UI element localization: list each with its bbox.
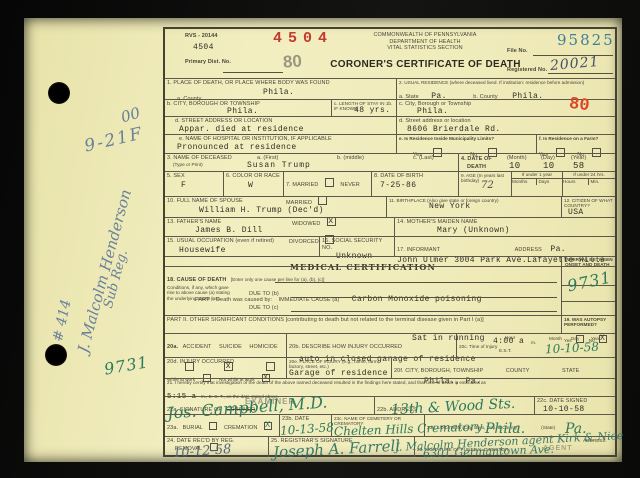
field-date-received: 24. DATE REC'D BY REG. 10-12-58 <box>165 437 269 457</box>
interval-column <box>562 301 615 315</box>
form-row: 13. FATHER'S NAME James B. Dill 14. MOTH… <box>165 217 615 236</box>
field-municipality-limits: e. Is Residence Inside Municipality Limi… <box>397 135 537 153</box>
form-row: 1. PLACE OF DEATH, OR PLACE WHERE BODY W… <box>165 78 615 99</box>
form-row: 3. NAME OF DECEASED (Type or Print) a. (… <box>165 153 615 171</box>
death-certificate-card: 00 9-21F J. Malcolm Henderson Sub Reg. #… <box>24 18 622 462</box>
race-label: 6. COLOR OR RACE <box>226 173 281 180</box>
street-label: d. STREET ADDRESS OR LOCATION <box>175 118 394 125</box>
field-street-address: d. STREET ADDRESS OR LOCATION Appar. die… <box>165 117 397 134</box>
days-label: Days <box>537 179 563 184</box>
due-to-b-label: DUE TO (b) <box>249 291 279 298</box>
birth-date-value: 7-25-86 <box>380 182 456 191</box>
cause-line-a <box>275 282 557 283</box>
certificate-form: RVS - 20144 4504 4504 80 Primary Dist. N… <box>163 27 617 457</box>
form-header: RVS - 20144 4504 4504 80 Primary Dist. N… <box>165 29 615 78</box>
stamp-80-red: 80 <box>568 95 591 116</box>
last-label: c. (Last) <box>413 155 434 162</box>
part2-label: PART II. OTHER SIGNIFICANT CONDITIONS [c… <box>167 317 557 324</box>
ssn-label: 16. SOCIAL SECURITY NO. <box>322 238 392 251</box>
due-to-b-line <box>291 297 557 298</box>
injury-city-label: 20f. CITY, BOROUGH, TOWNSHIP <box>394 368 483 374</box>
cremation-mark: X <box>265 420 270 430</box>
form-row: 20a. ACCIDENT SUICIDE HOMICIDE x 20b. DE… <box>165 333 615 357</box>
time-value: 4:00 a <box>493 338 524 347</box>
field-injury-city: 20f. CITY, BOROUGH, TOWNSHIP COUNTY STAT… <box>392 358 615 378</box>
certificate-title: CORONER'S CERTIFICATE OF DEATH <box>323 59 528 70</box>
deceased-name-value: Susan Trump <box>247 162 311 171</box>
accident-label: ACCIDENT <box>183 344 212 350</box>
under24-label: If under 24 hrs. <box>563 172 615 177</box>
spouse-label: 10. FULL NAME OF SPOUSE <box>167 198 384 205</box>
death-date-title2: DEATH <box>467 164 486 171</box>
injury-date-value: 10-10-58 <box>545 340 600 357</box>
form-row: 20d. INJURY OCCURRED While at work Not w… <box>165 357 615 378</box>
conditions-note: Conditions, if any, which gave rise to a… <box>167 285 237 301</box>
field-sex: 5. SEX F <box>165 172 224 196</box>
field-funeral-director: 26. SIGNATURE OF FUNERAL DIRECTOR AGENT … <box>415 437 615 457</box>
field-date-signed: 22c. DATE SIGNED 10-10-58 <box>535 397 615 414</box>
res-street-label: d. Street address or location <box>399 118 613 125</box>
hours-label: Hours <box>563 179 589 184</box>
form-row: 22a. SIGNATURE OF CORONER EXAMINER Jos. … <box>165 396 615 414</box>
registered-no-value: 20021 <box>549 54 600 74</box>
father-label: 13. FATHER'S NAME <box>167 219 392 226</box>
field-certify-statement: 21. I hereby certify that investigation … <box>165 379 615 396</box>
occupation-label: 15. USUAL OCCUPATION (even if retired) <box>167 238 317 245</box>
form-row: 15. USUAL OCCUPATION (even if retired) H… <box>165 236 615 256</box>
field-due-to-b: Conditions, if any, which gave rise to a… <box>165 285 562 301</box>
margin-note-file-code: 9-21F <box>83 124 146 157</box>
field-city-borough: b. CITY, BOROUGH OR TOWNSHIP Phila. <box>165 100 332 116</box>
homicide-label: HOMICIDE <box>249 344 277 350</box>
field-date-of-death: 4. DATE OF DEATH (Month) (Day) (Year) 10… <box>459 154 615 171</box>
field-color-or-race: 6. COLOR OR RACE W <box>224 172 284 196</box>
form-row: DUE TO (c) <box>165 301 615 315</box>
hospital-label: e. NAME OF HOSPITAL OR INSTITUTION, IF A… <box>179 136 394 143</box>
kind-prefix: 20a. <box>167 344 178 350</box>
sex-label: 5. SEX <box>167 173 221 180</box>
district-number-red-stamp: 4504 <box>273 30 333 47</box>
informant-state: Pa. <box>550 245 566 254</box>
form-row: e. NAME OF HOSPITAL OR INSTITUTION, IF A… <box>165 134 615 153</box>
informant-address-label: ADDRESS <box>515 247 542 253</box>
informant-label: 17. INFORMANT <box>397 247 440 253</box>
field-how-injury-occurred: 20b. DESCRIBE HOW INJURY OCCURRED Sat in… <box>287 334 457 357</box>
age-value: 72 <box>481 180 494 191</box>
field-ssn: 16. SOCIAL SECURITY NO. Unknown <box>320 237 395 256</box>
field-place-of-death-county: 1. PLACE OF DEATH, OR PLACE WHERE BODY W… <box>165 79 397 99</box>
birthplace-value: New York <box>429 203 559 212</box>
field-occupation: 15. USUAL OCCUPATION (even if retired) H… <box>165 237 320 256</box>
time-m-label: m. <box>531 340 536 345</box>
field-farm: f. Is Residence on a Farm? Yes No <box>537 135 615 153</box>
form-row: d. STREET ADDRESS OR LOCATION Appar. die… <box>165 116 615 134</box>
stamp-80-gray: 80 <box>282 51 302 72</box>
how-injury-label: 20b. DESCRIBE HOW INJURY OCCURRED <box>289 344 402 350</box>
injury-occurred-label: 20d. INJURY OCCURRED <box>167 359 284 366</box>
occupation-value: Housewife <box>179 247 317 256</box>
cause-title: 18. CAUSE OF DEATH <box>167 277 226 283</box>
spouse-value: William H. Trump (Dec'd) <box>199 207 384 216</box>
field-name-of-deceased: 3. NAME OF DECEASED (Type or Print) a. (… <box>165 154 459 171</box>
date-received-value: 10-12-58 <box>173 442 232 461</box>
form-row: 21. I hereby certify that investigation … <box>165 378 615 396</box>
punch-hole-top <box>48 82 70 104</box>
field-res-city: c. City, Borough or Township Phila. 80 <box>397 100 615 116</box>
deceased-subtitle: (Type or Print) <box>173 162 456 167</box>
stay-value: 48 yrs. <box>354 107 390 116</box>
death-date-title1: 4. DATE OF <box>461 156 492 163</box>
field-due-to-c: DUE TO (c) <box>165 301 562 315</box>
field-date-of-birth: 8. DATE OF BIRTH 7-25-86 <box>372 172 459 196</box>
race-value: W <box>248 182 281 191</box>
margin-note-9731: 9731 <box>103 352 150 378</box>
hospital-value: Pronounced at residence <box>177 144 394 153</box>
field-informant: 17. INFORMANT ADDRESS Pa. John Ulmer 300… <box>395 237 615 256</box>
mother-label: 14. MOTHER'S MAIDEN NAME <box>397 219 613 226</box>
birth-date-label: 8. DATE OF BIRTH <box>374 173 456 180</box>
serial-number: 95825 <box>557 31 615 49</box>
field-hospital: e. NAME OF HOSPITAL OR INSTITUTION, IF A… <box>165 135 397 153</box>
disposition-prefix: 23a. <box>167 425 178 431</box>
muni-label: e. Is Residence Inside Municipality Limi… <box>399 136 534 141</box>
est-label: E.S.T. <box>499 348 512 353</box>
form-row: MEDICAL CERTIFICATION <box>165 256 615 266</box>
form-row: 10. FULL NAME OF SPOUSE William H. Trump… <box>165 196 615 217</box>
months-label: Months <box>512 179 537 184</box>
interval-label: INTERVAL BETWEEN ONSET AND DEATH <box>565 257 613 268</box>
form-row: 5. SEX F 6. COLOR OR RACE W 7. MARRIED N… <box>165 171 615 196</box>
district-number-typed: 4504 <box>193 44 214 53</box>
field-res-street: d. Street address or location 8606 Brier… <box>397 117 615 134</box>
photo-of-certificate: { "colors":{"card_paper":"#f0ebba","stam… <box>0 0 640 478</box>
due-to-c-line <box>291 311 557 312</box>
file-no-label: File No. <box>507 48 528 55</box>
injury-state-label: STATE <box>562 368 579 374</box>
injury-county-label: COUNTY <box>506 368 530 374</box>
middle-label: b. (middle) <box>337 155 364 162</box>
field-registrar-signature: 25. REGISTRAR'S SIGNATURE Joseph A. Farr… <box>269 437 415 457</box>
primary-dist-line <box>223 72 283 73</box>
suicide-label: SUICIDE <box>219 344 242 350</box>
under-one-year-box: If under 1 year Months Days <box>511 172 563 196</box>
under-24hrs-box: If under 24 hrs. Hours Min. <box>563 172 615 196</box>
field-place-of-injury: 20e. PLACE OF INJURY (e.g., home, farm, … <box>287 358 392 378</box>
commonwealth-block: COMMONWEALTH OF PENNSYLVANIA DEPARTMENT … <box>335 32 515 52</box>
field-father: 13. FATHER'S NAME James B. Dill <box>165 218 395 236</box>
burial-checkbox <box>209 422 217 430</box>
father-value: James B. Dill <box>195 227 392 236</box>
field-disposition: 23a. BURIAL CREMATION X REMOVAL <box>165 415 280 436</box>
commonwealth-line3: VITAL STATISTICS SECTION <box>335 45 515 52</box>
min-label: Min. <box>589 179 616 184</box>
residence-title: 2. USUAL RESIDENCE (where deceased lived… <box>399 80 609 85</box>
form-row: PART II. OTHER SIGNIFICANT CONDITIONS [c… <box>165 315 615 333</box>
rvs-number: RVS - 20144 <box>185 33 218 40</box>
mother-value: Mary (Unknown) <box>437 227 613 236</box>
due-to-c-label: DUE TO (c) <box>249 305 279 312</box>
field-accident-suicide-homicide: 20a. ACCIDENT SUICIDE HOMICIDE x <box>165 334 287 357</box>
autopsy-label: 19. WAS AUTOPSY PERFORMED? <box>564 317 613 328</box>
field-autopsy: 19. WAS AUTOPSY PERFORMED? Yes No X <box>562 316 615 333</box>
form-row: 18. CAUSE OF DEATH [Enter only one cause… <box>165 266 615 285</box>
married-label: 7. MARRIED <box>286 182 318 188</box>
primary-dist-label: Primary Dist. No. <box>185 59 243 66</box>
punch-hole-bottom <box>45 344 67 366</box>
location-state-label: (State) <box>541 425 555 430</box>
field-cause-of-death: 18. CAUSE OF DEATH [Enter only one cause… <box>165 267 562 285</box>
field-disposition-date: 23b. DATE 10-13-58 <box>280 415 332 436</box>
field-citizen: 12. CITIZEN OF WHAT COUNTRY? USA <box>562 197 615 217</box>
form-row: 24. DATE REC'D BY REG. 10-12-58 25. REGI… <box>165 436 615 457</box>
cremation-label: CREMATION <box>224 425 258 431</box>
field-injury-occurred: 20d. INJURY OCCURRED While at work Not w… <box>165 358 287 378</box>
commonwealth-line2: DEPARTMENT OF HEALTH <box>335 39 515 46</box>
field-time-of-injury: 20c. Time of Injury Hour 4:00 a m. E.S.T… <box>457 334 615 357</box>
field-mother: 14. MOTHER'S MAIDEN NAME Mary (Unknown) <box>395 218 615 236</box>
form-row: b. CITY, BOROUGH OR TOWNSHIP Phila. c. L… <box>165 99 615 116</box>
under-year-label: If under 1 year <box>512 172 562 177</box>
margin-note-case-number: # 414 <box>50 298 75 343</box>
county-value: Phila. <box>263 89 294 98</box>
cremation-checkbox: X <box>264 422 272 430</box>
form-row: Conditions, if any, which gave rise to a… <box>165 285 615 301</box>
sex-value: F <box>181 182 221 191</box>
field-marital-status: 7. MARRIED NEVER MARRIED WIDOWED x DIVOR… <box>284 172 372 196</box>
field-length-of-stay: c. LENGTH OF STAY IN 1b. IF KNOWN 48 yrs… <box>332 100 397 116</box>
time-of-injury-label: 20c. Time of Injury <box>459 344 497 349</box>
field-age: 9. AGE (In years last birthday) 72 If un… <box>459 172 615 196</box>
date-signed-label: 22c. DATE SIGNED <box>537 398 613 405</box>
commonwealth-line1: COMMONWEALTH OF PENNSYLVANIA <box>335 32 515 39</box>
burial-label: BURIAL <box>183 425 203 431</box>
field-coroner-address: 22b. ADDRESS 13th & Wood Sts. <box>375 397 535 414</box>
farm-label: f. Is Residence on a Farm? <box>539 136 613 141</box>
field-spouse: 10. FULL NAME OF SPOUSE William H. Trump… <box>165 197 387 217</box>
field-birthplace: 11. BIRTHPLACE (Also give state or forei… <box>387 197 562 217</box>
place-title: 1. PLACE OF DEATH, OR PLACE WHERE BODY W… <box>167 80 394 87</box>
field-cemetery: 23c. NAME OF CEMETERY OR CREMATORY Chelt… <box>332 415 425 436</box>
married-checkbox <box>325 178 334 187</box>
field-part2-conditions: PART II. OTHER SIGNIFICANT CONDITIONS [c… <box>165 316 562 333</box>
field-coroner-signature: 22a. SIGNATURE OF CORONER EXAMINER Jos. … <box>165 397 375 414</box>
registered-no-label: Registered No. <box>507 67 547 74</box>
medical-certification-banner: MEDICAL CERTIFICATION <box>165 257 562 266</box>
